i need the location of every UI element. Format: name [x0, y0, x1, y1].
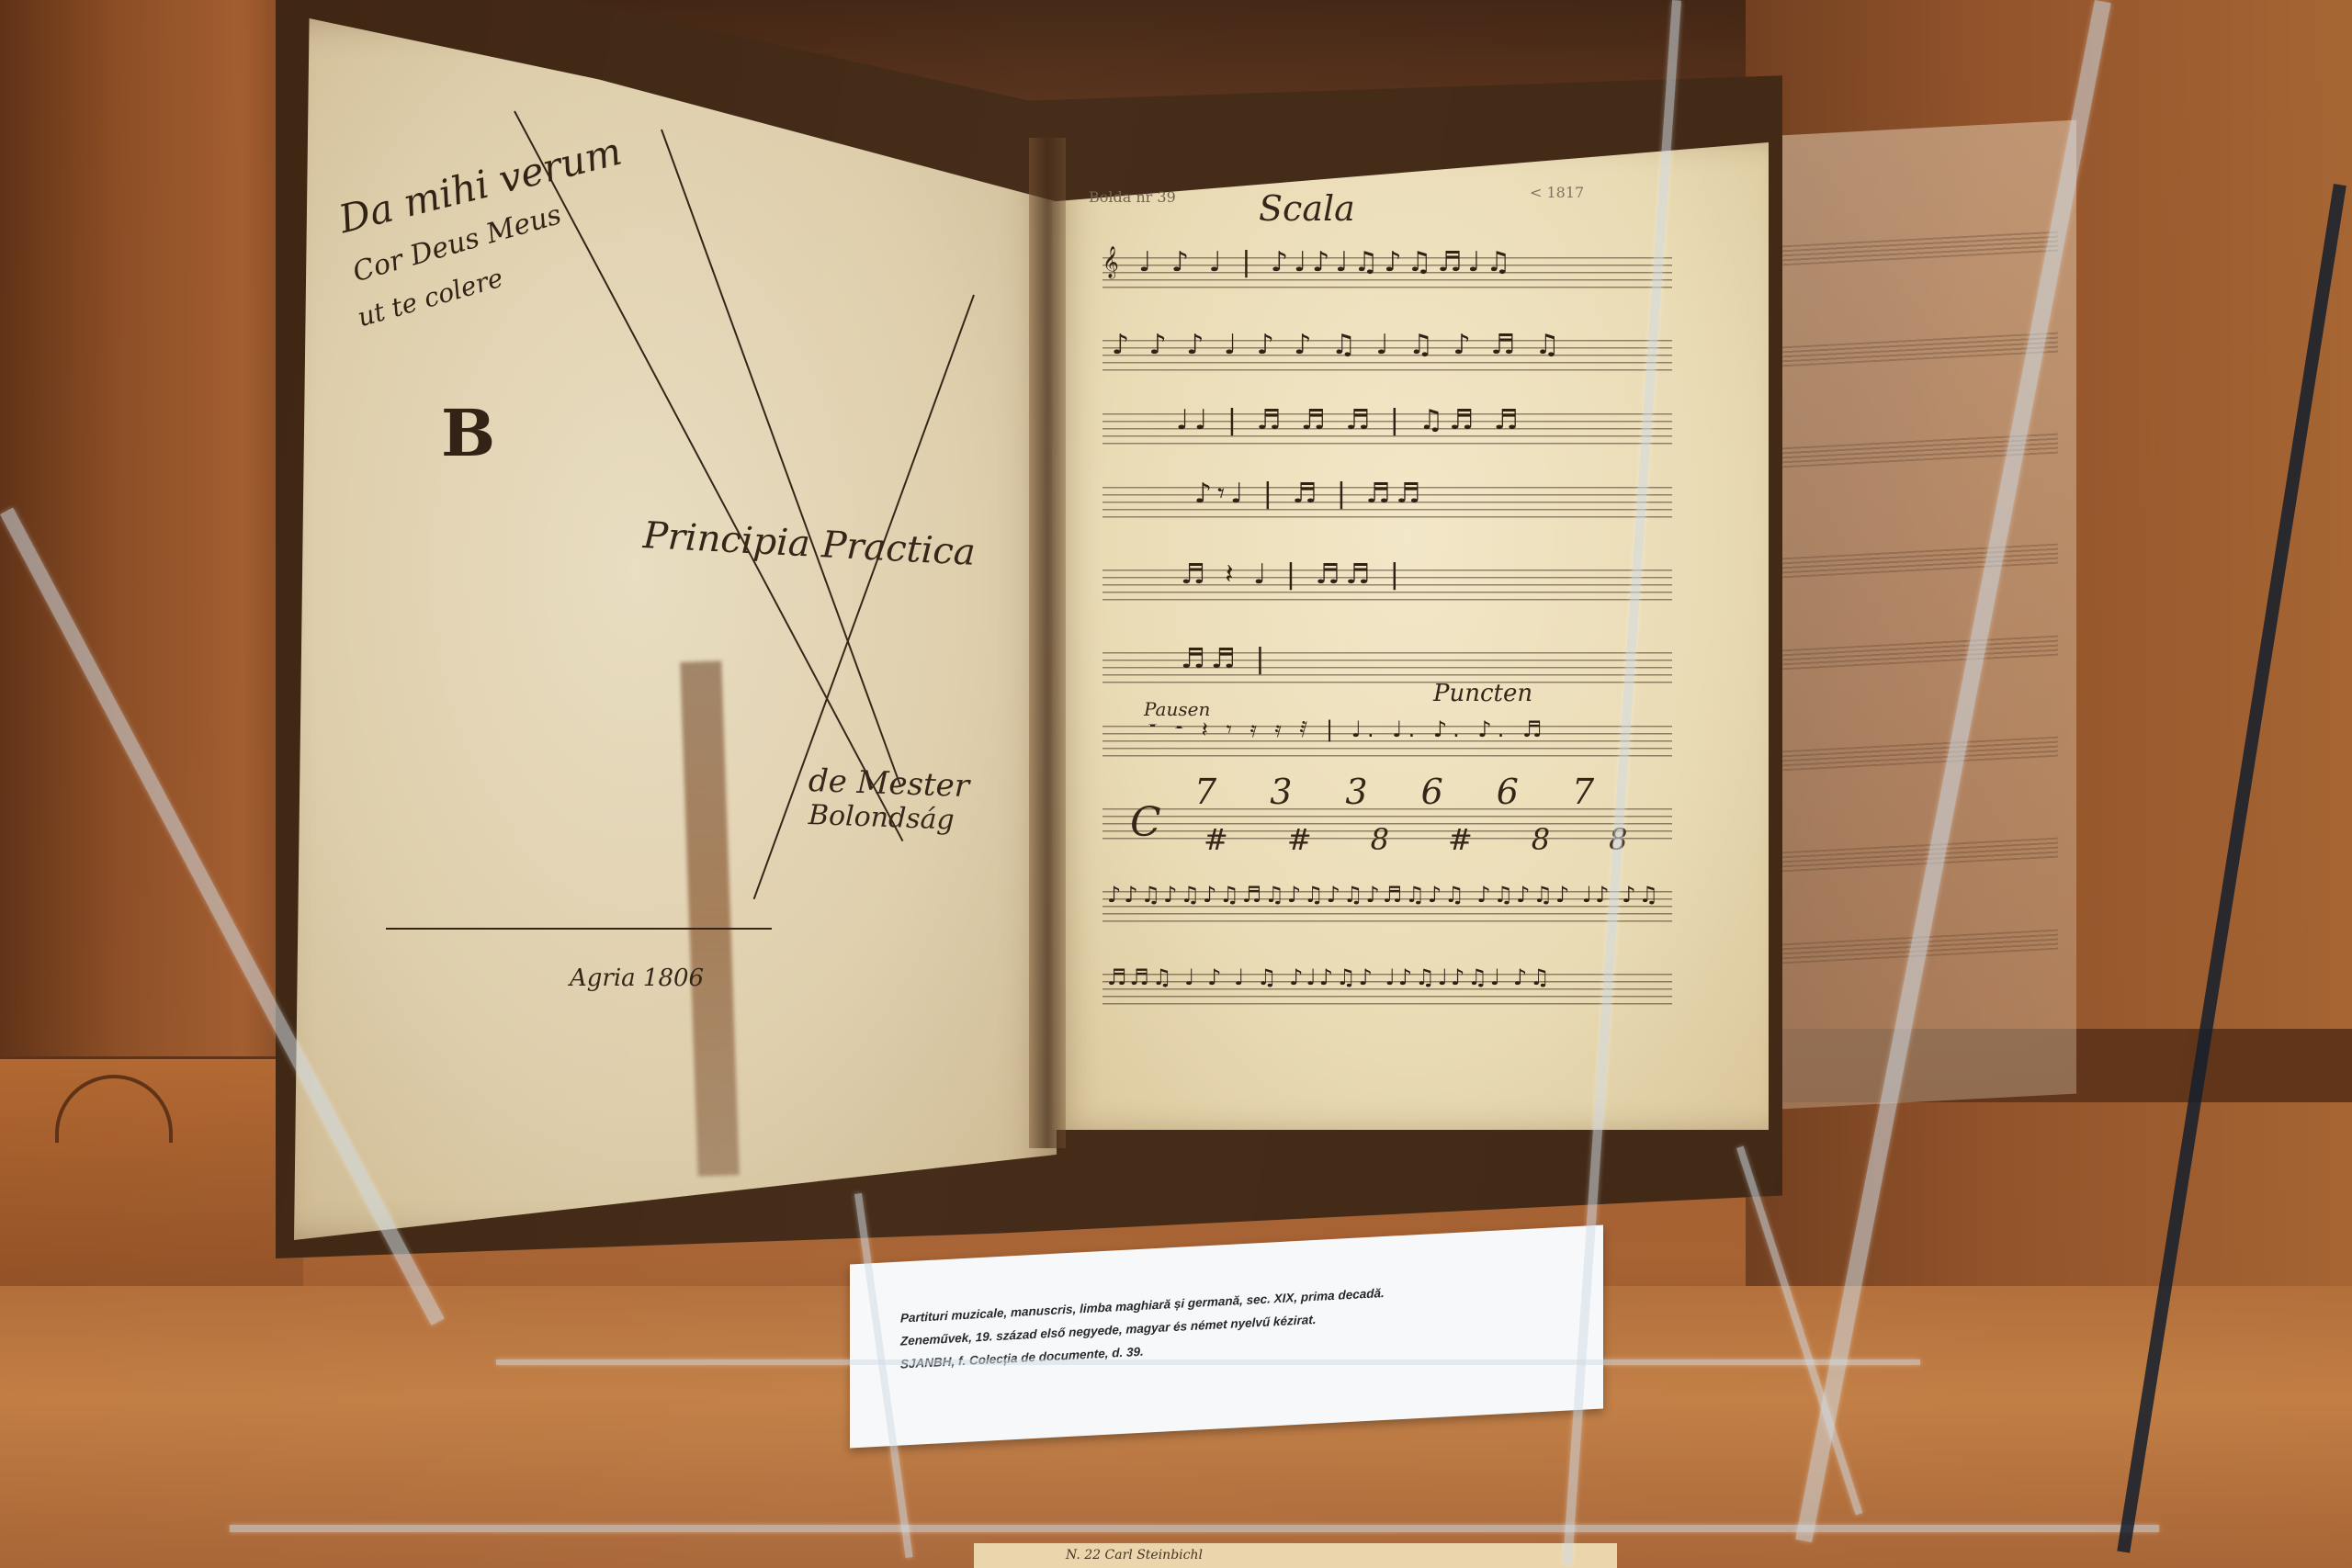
inscription-date: Agria 1806 — [570, 964, 704, 992]
rest-symbols: 𝄻 𝄼 𝄽 𝄾 𝄿 𝄿 𝅀 | ♩. ♩. ♪. ♪. ♬ — [1148, 716, 1548, 742]
inscription-6: Bolondság — [808, 799, 955, 837]
pencil-date: < 1817 — [1530, 184, 1584, 201]
music-notes: ♩♩ | ♬ ♬ ♬ | ♫♬ ♬ — [1176, 404, 1524, 436]
music-notes: ♪ ♪ ♪ ♩ ♪ ♪ ♫ ♩ ♫ ♪ ♬ ♫ — [1112, 329, 1566, 361]
music-notes: ♬♬ | — [1181, 643, 1270, 675]
pencil-note: Bolda nr 39 — [1089, 188, 1176, 206]
music-notes: ♬ 𝄽 ♩ | ♬♬ | — [1181, 558, 1405, 591]
bass-clef: C — [1130, 799, 1161, 846]
cross-stroke — [386, 928, 772, 930]
glass-shelf-back — [496, 1359, 1920, 1365]
inscription-5: de Mester — [808, 762, 969, 805]
initial-b: B — [441, 395, 495, 471]
figured-bass-upper: 733667 — [1194, 772, 1647, 812]
page-title: Scala — [1259, 188, 1355, 229]
music-notes: ♪♪♫♪♫♪♫♬♫♪♫♪♫♪♬♫♪♫ ♪♫♪♫♪ ♩♪ ♪♫ — [1107, 882, 1661, 908]
lower-document: N. 22 Carl Steinbichl — [974, 1543, 1617, 1568]
music-notes: 𝄞 ♩ ♪ ♩ | ♪♩♪♩♫♪♫♬♩♫ — [1102, 246, 1516, 278]
glass-shelf-edge — [230, 1525, 2159, 1532]
music-notes: ♬♬♫ ♩ ♪ ♩ ♫ ♪♩♪♫♪ ♩♪♫♩♪♫♩ ♪♫ — [1107, 964, 1553, 990]
music-notes: ♪𝄾♩ | ♬ | ♬♬ — [1194, 478, 1426, 510]
label-puncten: Puncten — [1433, 680, 1532, 707]
book-gutter — [1029, 138, 1066, 1148]
